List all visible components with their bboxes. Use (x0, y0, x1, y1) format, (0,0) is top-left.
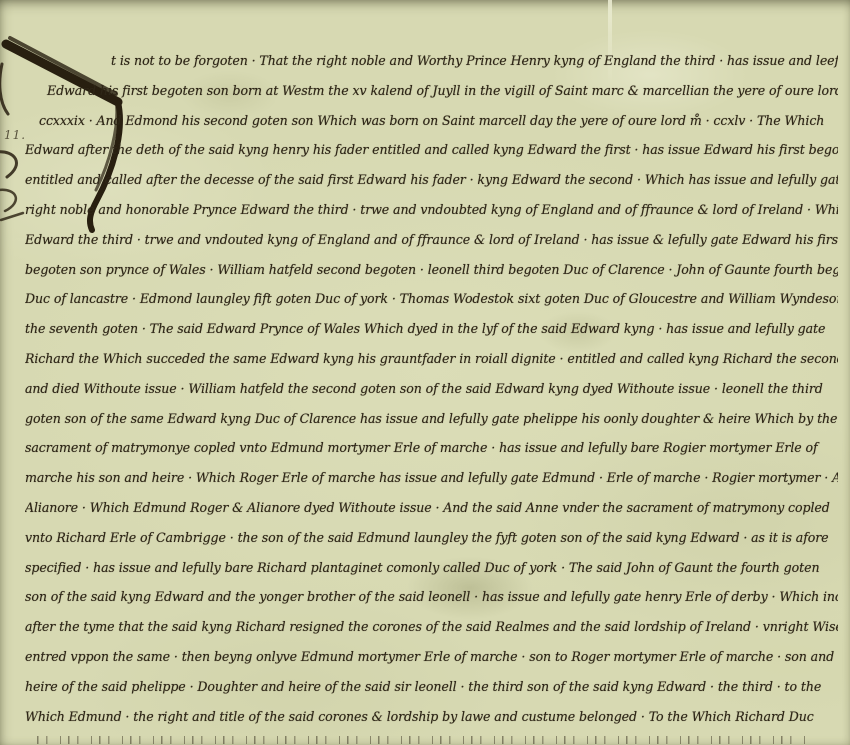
manuscript-line: t is not to be forgoten · That the right… (25, 46, 838, 76)
manuscript-page: I 11. t is not to be forgoten · That the… (0, 0, 850, 745)
manuscript-line: specified · has issue and lefully bare R… (25, 553, 838, 583)
manuscript-line: Duc of lancastre · Edmond laungley fift … (25, 284, 838, 314)
manuscript-line: goten son of the same Edward kyng Duc of… (25, 404, 838, 434)
manuscript-line: marche his son and heire · Which Roger E… (25, 463, 838, 493)
manuscript-line: Alianore · Which Edmund Roger & Alianore… (25, 493, 838, 523)
manuscript-line: the seventh goten · The said Edward Pryn… (25, 314, 838, 344)
manuscript-line: Edward the third · trwe and vndouted kyn… (25, 225, 838, 255)
manuscript-line: after the tyme that the said kyng Richar… (25, 612, 838, 642)
manuscript-line: right noble and honorable Prynce Edward … (25, 195, 838, 225)
manuscript-line: Edward after the deth of the said kyng h… (25, 135, 838, 165)
manuscript-line-partial-clipped (37, 736, 807, 744)
manuscript-line: vnto Richard Erle of Cambrigge · the son… (25, 523, 838, 553)
manuscript-line: son of the said kyng Edward and the yong… (25, 582, 838, 612)
manuscript-line: heire of the said phelippe · Doughter an… (25, 672, 838, 702)
margin-note: 11. (4, 128, 26, 142)
manuscript-line: entred vppon the same · then beyng onlyv… (25, 642, 838, 672)
manuscript-line: begoten son prynce of Wales · William ha… (25, 255, 838, 285)
manuscript-line: Which Edmund · the right and title of th… (25, 702, 838, 732)
manuscript-line: and died Withoute issue · William hatfel… (25, 374, 838, 404)
manuscript-line: Richard the Which succeded the same Edwa… (25, 344, 838, 374)
manuscript-line: entitled and called after the decesse of… (25, 165, 838, 195)
manuscript-line: ccxxxix · And Edmond his second goten so… (25, 106, 838, 136)
manuscript-text: t is not to be forgoten · That the right… (25, 46, 838, 745)
manuscript-line: sacrament of matrymonye copled vnto Edmu… (25, 433, 838, 463)
manuscript-line: Edward his first begoten son born at Wes… (25, 76, 838, 106)
